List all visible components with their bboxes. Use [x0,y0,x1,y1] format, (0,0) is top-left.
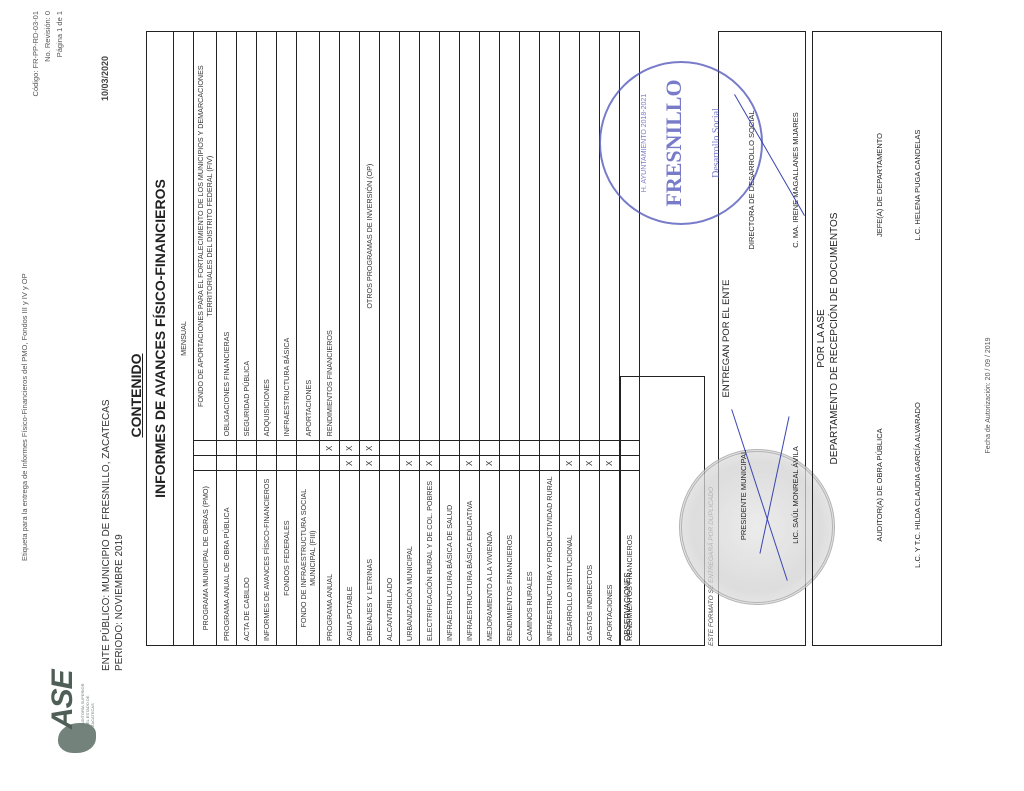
row-label: GASTOS INDIRECTOS [580,471,600,646]
row-checkbox[interactable]: X [420,456,440,471]
logo-subtitle: AUDITORÍA SUPERIOR DEL ESTADO DE ZACATEC… [80,677,95,727]
row-label: URBANIZACIÓN MUNICIPAL [400,471,420,646]
section-label: FONDO DE APORTACIONES PARA EL FORTALECIM… [194,32,217,441]
empty-cell [380,32,400,441]
row-checkbox[interactable]: X [340,441,360,456]
section-label: OTROS PROGRAMAS DE INVERSIÓN (OP) [360,32,380,441]
signer-directora-role: DIRECTORA DE DESARROLLO SOCIAL [747,45,756,315]
empty-cell [520,32,540,441]
row-label: APORTACIONES [297,32,320,441]
row-checkbox[interactable] [277,456,297,471]
contenido-heading: CONTENIDO [128,0,144,791]
row-checkbox[interactable] [297,441,320,456]
ente-block: ENTE PÚBLICO: MUNICIPIO DE FRESNILLO, ZA… [100,399,126,671]
table-row: INFRAESTRUCTURA BÁSICA DE SALUD [440,32,460,646]
por-ase-section: POR LA ASE DEPARTAMENTO DE RECEPCIÓN DE … [812,31,942,646]
table-row: INFORMES DE AVANCES FÍSICO-FINANCIEROSAD… [257,32,277,646]
table-row: PROGRAMA ANUAL DE OBRA PÚBLICAOBLIGACION… [217,32,237,646]
empty-cell [560,32,580,441]
empty-cell [480,32,500,441]
table-row: DESARROLLO INSTITUCIONALX [560,32,580,646]
empty-cell [420,32,440,441]
ase-logo: ASE AUDITORÍA SUPERIOR DEL ESTADO DE ZAC… [28,683,108,753]
table-row: URBANIZACIÓN MUNICIPALX [400,32,420,646]
row-checkbox[interactable] [320,456,340,471]
table-row: PROGRAMA MUNICIPAL DE OBRAS (PMO)FONDO D… [194,32,217,646]
row-checkbox[interactable] [380,441,400,456]
row-checkbox[interactable] [520,456,540,471]
desarrollo-social-stamp: H. AYUNTAMIENTO 2018-2021 FRESNILLO Desa… [599,61,763,225]
row-checkbox[interactable] [237,441,257,456]
ase-signer-1-name: L.C. Y T.C. HILDA CLAUDIA GARCÍA ALVARAD… [913,345,922,625]
row-label: PROGRAMA ANUAL DE OBRA PÚBLICA [217,471,237,646]
row-checkbox[interactable] [540,441,560,456]
signer-role: PRESIDENTE MUNICIPAL [739,365,748,625]
row-label: CAMINOS RURALES [520,471,540,646]
row-checkbox[interactable] [420,441,440,456]
row-label: PROGRAMA ANUAL [320,471,340,646]
table-row: INFRAESTRUCTURA BÁSICA EDUCATIVAX [460,32,480,646]
signer-presidente-name: LIC. SAÚL MONREAL ÁVILA [791,365,800,625]
row-label: ELECTRIFICACIÓN RURAL Y DE COL. POBRES [420,471,440,646]
row-checkbox[interactable] [217,456,237,471]
logo-text: ASE [46,670,80,729]
row-checkbox[interactable] [237,456,257,471]
row-label: DESARROLLO INSTITUCIONAL [560,471,580,646]
signer-presidente: PRESIDENTE MUNICIPAL [739,365,748,625]
table-row: FONDO DE INFRAESTRUCTURA SOCIAL MUNICIPA… [297,32,320,646]
row-checkbox[interactable] [400,441,420,456]
codigo: Código: FR-PP-RD-03-01 [30,11,42,131]
section-label: FONDOS FEDERALES [277,471,297,646]
contents-table: INFORMES DE AVANCES FÍSICO-FINANCIEROS M… [146,31,640,646]
table-title: INFORMES DE AVANCES FÍSICO-FINANCIEROS [147,32,174,646]
row-label: ADQUISICIONES [257,32,277,441]
row-checkbox[interactable] [297,456,320,471]
row-checkbox[interactable]: X [580,456,600,471]
empty-cell [580,32,600,441]
row-label: OBLIGACIONES FINANCIERAS [217,32,237,441]
row-label: INFORMES DE AVANCES FÍSICO-FINANCIEROS [257,471,277,646]
row-checkbox[interactable] [440,441,460,456]
table-row: GASTOS INDIRECTOSX [580,32,600,646]
table-row: AGUA POTABLEXX [340,32,360,646]
por-ase-title: POR LA ASE DEPARTAMENTO DE RECEPCIÓN DE … [815,32,841,645]
row-label: SEGURIDAD PÚBLICA [237,32,257,441]
row-checkbox[interactable] [257,456,277,471]
row-checkbox[interactable] [480,441,500,456]
row-checkbox[interactable]: X [320,441,340,456]
table-row: ELECTRIFICACIÓN RURAL Y DE COL. POBRESX [420,32,440,646]
row-checkbox[interactable] [500,441,520,456]
observaciones-label: OBSERVACIONES [623,572,632,641]
row-label: AGUA POTABLE [340,471,360,646]
periodo: PERIODO: NOVIEMBRE 2019 [113,399,126,671]
row-checkbox[interactable] [194,456,217,471]
label-title: Etiqueta para la entrega de Informes Fís… [20,273,29,561]
revision: No. Revisión: 0 [42,11,54,131]
ase-signer-1-role: AUDITOR(A) DE OBRA PÚBLICA [875,345,884,625]
row-checkbox[interactable] [580,441,600,456]
stamp-text-bottom: Desarrollo Social [711,63,722,223]
row-checkbox[interactable]: X [480,456,500,471]
row-checkbox[interactable]: X [560,456,580,471]
row-checkbox[interactable]: X [400,456,420,471]
table-row: CAMINOS RURALES [520,32,540,646]
table-row: MEJORAMIENTO A LA VIVIENDAX [480,32,500,646]
empty-cell [440,32,460,441]
row-label: MEJORAMIENTO A LA VIVIENDA [480,471,500,646]
table-row: INFRAESTRUCTURA Y PRODUCTIVIDAD RURAL [540,32,560,646]
fecha-autorizacion: Fecha de Autorización: 20 / 09 / 2019 [985,0,992,791]
row-label: ACTA DE CABILDO [237,471,257,646]
empty-cell [400,32,420,441]
por-ase-heading: POR LA ASE [815,32,828,645]
row-checkbox[interactable] [600,441,620,456]
row-checkbox[interactable]: X [360,441,380,456]
row-checkbox[interactable] [560,441,580,456]
row-checkbox[interactable] [277,441,297,456]
table-row: DRENAJES Y LETRINASXXOTROS PROGRAMAS DE … [360,32,380,646]
ente-publico: ENTE PÚBLICO: MUNICIPIO DE FRESNILLO, ZA… [100,399,113,671]
table-row: ACTA DE CABILDOSEGURIDAD PÚBLICA [237,32,257,646]
row-label: RENDIMIENTOS FINANCIEROS [500,471,520,646]
row-label: RENDIMIENTOS FINANCIEROS [320,32,340,441]
ase-signer-2-role: JEFE(A) DE DEPARTAMENTO [875,45,884,325]
row-label: ALCANTARILLADO [380,471,400,646]
row-checkbox[interactable] [440,456,460,471]
row-label [340,32,360,441]
table-subtitle: MENSUAL [174,32,194,646]
table-row: ALCANTARILLADO [380,32,400,646]
section-label: PROGRAMA MUNICIPAL DE OBRAS (PMO) [194,471,217,646]
row-checkbox[interactable] [217,441,237,456]
row-label: DRENAJES Y LETRINAS [360,471,380,646]
pagina: Página 1 de 1 [54,11,66,131]
entregan-section: ENTREGAN POR EL ENTE H. AYUNTAMIENTO 201… [718,31,806,646]
row-label: INFRAESTRUCTURA BÁSICA [277,32,297,441]
table-row: PROGRAMA ANUALXRENDIMIENTOS FINANCIEROS [320,32,340,646]
row-checkbox[interactable]: X [460,456,480,471]
row-label: INFRAESTRUCTURA BÁSICA EDUCATIVA [460,471,480,646]
row-checkbox[interactable]: X [360,456,380,471]
row-checkbox[interactable] [460,441,480,456]
por-ase-subheading: DEPARTAMENTO DE RECEPCIÓN DE DOCUMENTOS [828,32,841,645]
row-label: APORTACIONES [600,471,620,646]
empty-cell [460,32,480,441]
stamp-text-top: H. AYUNTAMIENTO 2018-2021 [641,63,648,223]
row-checkbox[interactable] [540,456,560,471]
row-label: INFRAESTRUCTURA Y PRODUCTIVIDAD RURAL [540,471,560,646]
document-date: 10/03/2020 [100,56,110,101]
row-label: INFRAESTRUCTURA BÁSICA DE SALUD [440,471,460,646]
empty-cell [500,32,520,441]
row-checkbox[interactable]: X [600,456,620,471]
signer-directora-name: C. MA. IRENE MAGALLANES MIJARES [791,45,800,315]
empty-cell [540,32,560,441]
document-code-block: Código: FR-PP-RD-03-01 No. Revisión: 0 P… [30,11,66,131]
row-checkbox[interactable]: X [340,456,360,471]
stamp-text-mid: FRESNILLO [661,63,687,223]
row-checkbox[interactable] [500,456,520,471]
row-checkbox[interactable] [194,441,217,456]
table-row: RENDIMIENTOS FINANCIEROS [500,32,520,646]
document-page: ASE AUDITORÍA SUPERIOR DEL ESTADO DE ZAC… [0,0,1024,791]
row-checkbox[interactable] [520,441,540,456]
table-row: FONDOS FEDERALESINFRAESTRUCTURA BÁSICA [277,32,297,646]
ase-signer-2-name: L.C. HELENA PUGA CANDELAS [913,45,922,325]
row-checkbox[interactable] [257,441,277,456]
row-checkbox[interactable] [380,456,400,471]
section-label: FONDO DE INFRAESTRUCTURA SOCIAL MUNICIPA… [297,471,320,646]
